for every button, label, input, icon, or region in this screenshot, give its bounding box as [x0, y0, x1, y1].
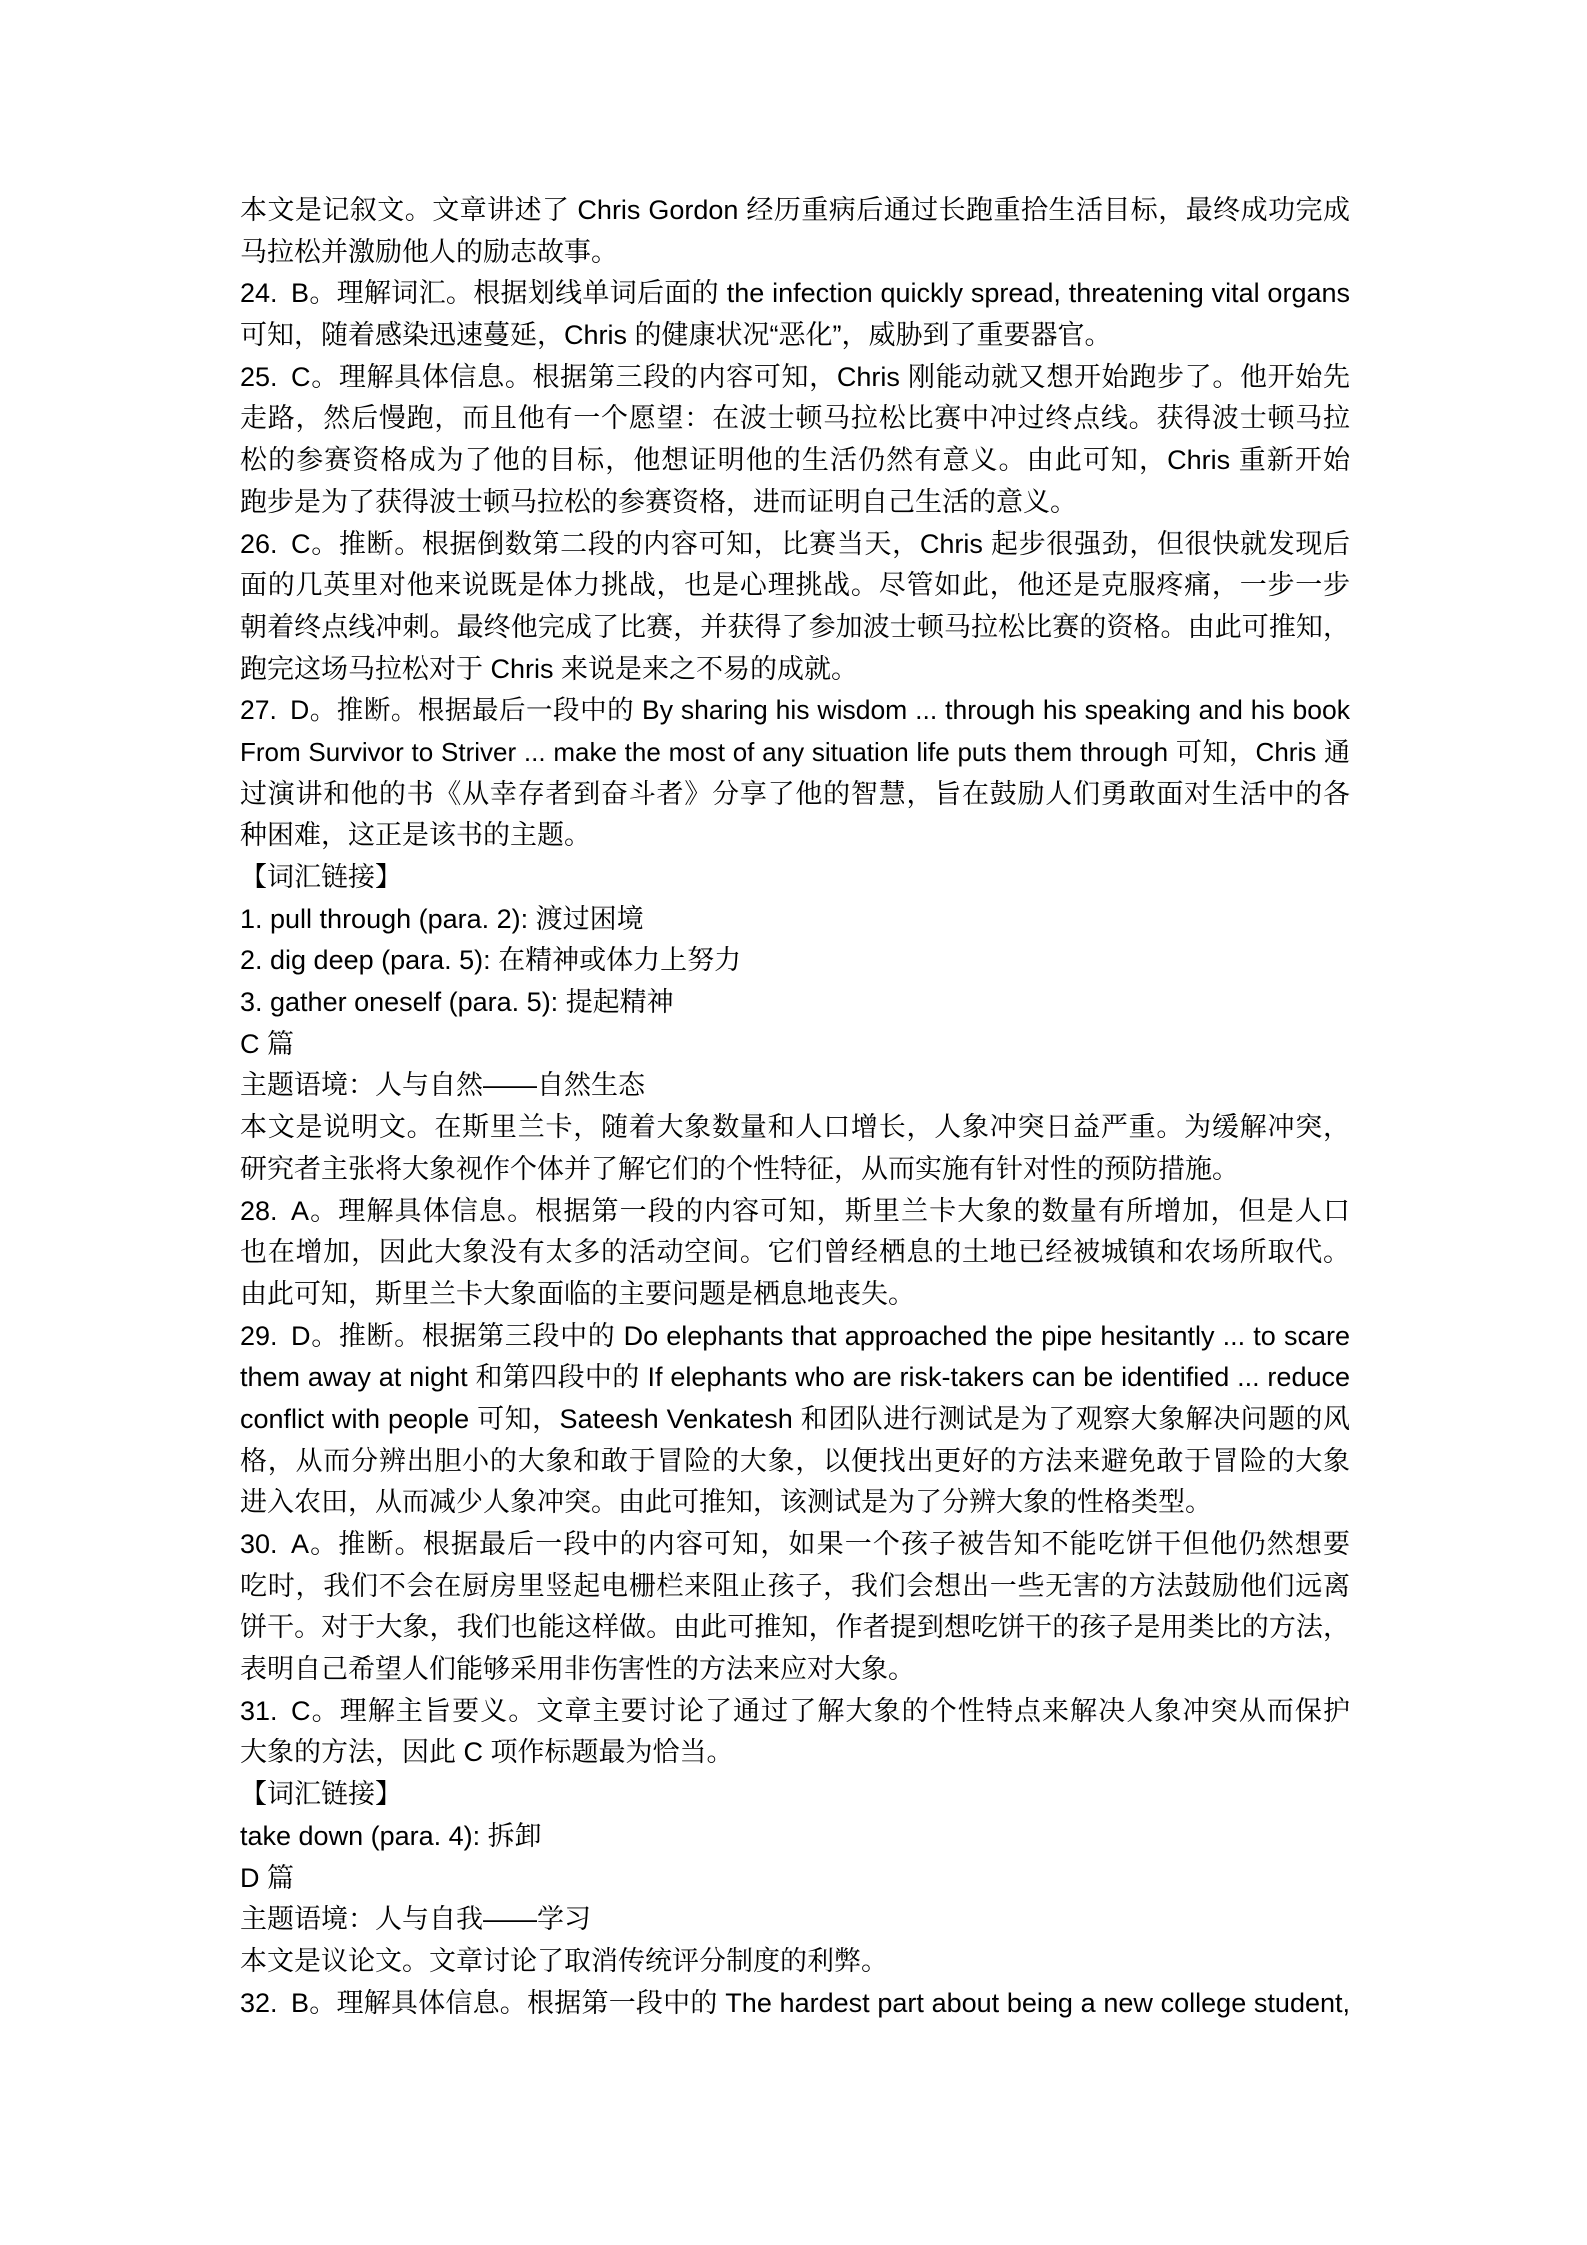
text-line: 1. pull through (para. 2): 渡过困境	[240, 899, 1350, 941]
text-line: 也在增加，因此大象没有太多的活动空间。它们曾经栖息的土地已经被城镇和农场所取代。	[240, 1232, 1350, 1274]
text-line: conflict with people 可知，Sateesh Venkates…	[240, 1399, 1350, 1441]
text-line: 马拉松并激励他人的励志故事。	[240, 232, 1350, 274]
text-line: 表明自己希望人们能够采用非伤害性的方法来应对大象。	[240, 1649, 1350, 1691]
text-line: 可知，随着感染迅速蔓延，Chris 的健康状况“恶化”，威胁到了重要器官。	[240, 315, 1350, 357]
text-line: them away at night 和第四段中的 If elephants w…	[240, 1357, 1350, 1399]
text-line: 本文是说明文。在斯里兰卡，随着大象数量和人口增长，人象冲突日益严重。为缓解冲突，	[240, 1107, 1350, 1149]
text-line: take down (para. 4): 拆卸	[240, 1816, 1350, 1858]
text-line: 本文是记叙文。文章讲述了 Chris Gordon 经历重病后通过长跑重拾生活目…	[240, 190, 1350, 232]
text-line: 跑完这场马拉松对于 Chris 来说是来之不易的成就。	[240, 649, 1350, 691]
text-line: 松的参赛资格成为了他的目标，他想证明他的生活仍然有意义。由此可知，Chris 重…	[240, 440, 1350, 482]
text-line: C 篇	[240, 1024, 1350, 1066]
text-line: 24. B。理解词汇。根据划线单词后面的 the infection quick…	[240, 273, 1350, 315]
text-line: 主题语境：人与自然——自然生态	[240, 1065, 1350, 1107]
text-line: 研究者主张将大象视作个体并了解它们的个性特征，从而实施有针对性的预防措施。	[240, 1149, 1350, 1191]
text-line: 28. A。理解具体信息。根据第一段的内容可知，斯里兰卡大象的数量有所增加，但是…	[240, 1191, 1350, 1233]
text-line: 格，从而分辨出胆小的大象和敢于冒险的大象，以便找出更好的方法来避免敢于冒险的大象	[240, 1441, 1350, 1483]
text-line: 2. dig deep (para. 5): 在精神或体力上努力	[240, 940, 1350, 982]
text-line: 31. C。理解主旨要义。文章主要讨论了通过了解大象的个性特点来解决人象冲突从而…	[240, 1691, 1350, 1733]
text-line: 【词汇链接】	[240, 857, 1350, 899]
text-line: 主题语境：人与自我——学习	[240, 1899, 1350, 1941]
text-line: 26. C。推断。根据倒数第二段的内容可知，比赛当天，Chris 起步很强劲，但…	[240, 524, 1350, 566]
text-line: 由此可知，斯里兰卡大象面临的主要问题是栖息地丧失。	[240, 1274, 1350, 1316]
text-line: 30. A。推断。根据最后一段中的内容可知，如果一个孩子被告知不能吃饼干但他仍然…	[240, 1524, 1350, 1566]
text-line: 3. gather oneself (para. 5): 提起精神	[240, 982, 1350, 1024]
text-line: 吃时，我们不会在厨房里竖起电栅栏来阻止孩子，我们会想出一些无害的方法鼓励他们远离	[240, 1566, 1350, 1608]
text-line: 面的几英里对他来说既是体力挑战，也是心理挑战。尽管如此，他还是克服疼痛，一步一步	[240, 565, 1350, 607]
text-line: 朝着终点线冲刺。最终他完成了比赛，并获得了参加波士顿马拉松比赛的资格。由此可推知…	[240, 607, 1350, 649]
document-text-block: 本文是记叙文。文章讲述了 Chris Gordon 经历重病后通过长跑重拾生活目…	[240, 190, 1350, 2024]
text-line: 过演讲和他的书《从幸存者到奋斗者》分享了他的智慧，旨在鼓励人们勇敢面对生活中的各	[240, 774, 1350, 816]
text-line: 25. C。理解具体信息。根据第三段的内容可知，Chris 刚能动就又想开始跑步…	[240, 357, 1350, 399]
text-line: 本文是议论文。文章讨论了取消传统评分制度的利弊。	[240, 1941, 1350, 1983]
text-line: From Survivor to Striver ... make the mo…	[240, 732, 1350, 774]
text-line: 跑步是为了获得波士顿马拉松的参赛资格，进而证明自己生活的意义。	[240, 482, 1350, 524]
document-page: 本文是记叙文。文章讲述了 Chris Gordon 经历重病后通过长跑重拾生活目…	[0, 0, 1587, 2245]
text-line: 大象的方法，因此 C 项作标题最为恰当。	[240, 1732, 1350, 1774]
text-line: 进入农田，从而减少人象冲突。由此可推知，该测试是为了分辨大象的性格类型。	[240, 1482, 1350, 1524]
text-line: 32. B。理解具体信息。根据第一段中的 The hardest part ab…	[240, 1983, 1350, 2025]
text-line: 种困难，这正是该书的主题。	[240, 815, 1350, 857]
text-line: 29. D。推断。根据第三段中的 Do elephants that appro…	[240, 1316, 1350, 1358]
text-line: 27. D。推断。根据最后一段中的 By sharing his wisdom …	[240, 690, 1350, 732]
text-line: 走路，然后慢跑，而且他有一个愿望：在波士顿马拉松比赛中冲过终点线。获得波士顿马拉	[240, 398, 1350, 440]
text-line: D 篇	[240, 1858, 1350, 1900]
text-line: 饼干。对于大象，我们也能这样做。由此可推知，作者提到想吃饼干的孩子是用类比的方法…	[240, 1607, 1350, 1649]
text-line: 【词汇链接】	[240, 1774, 1350, 1816]
